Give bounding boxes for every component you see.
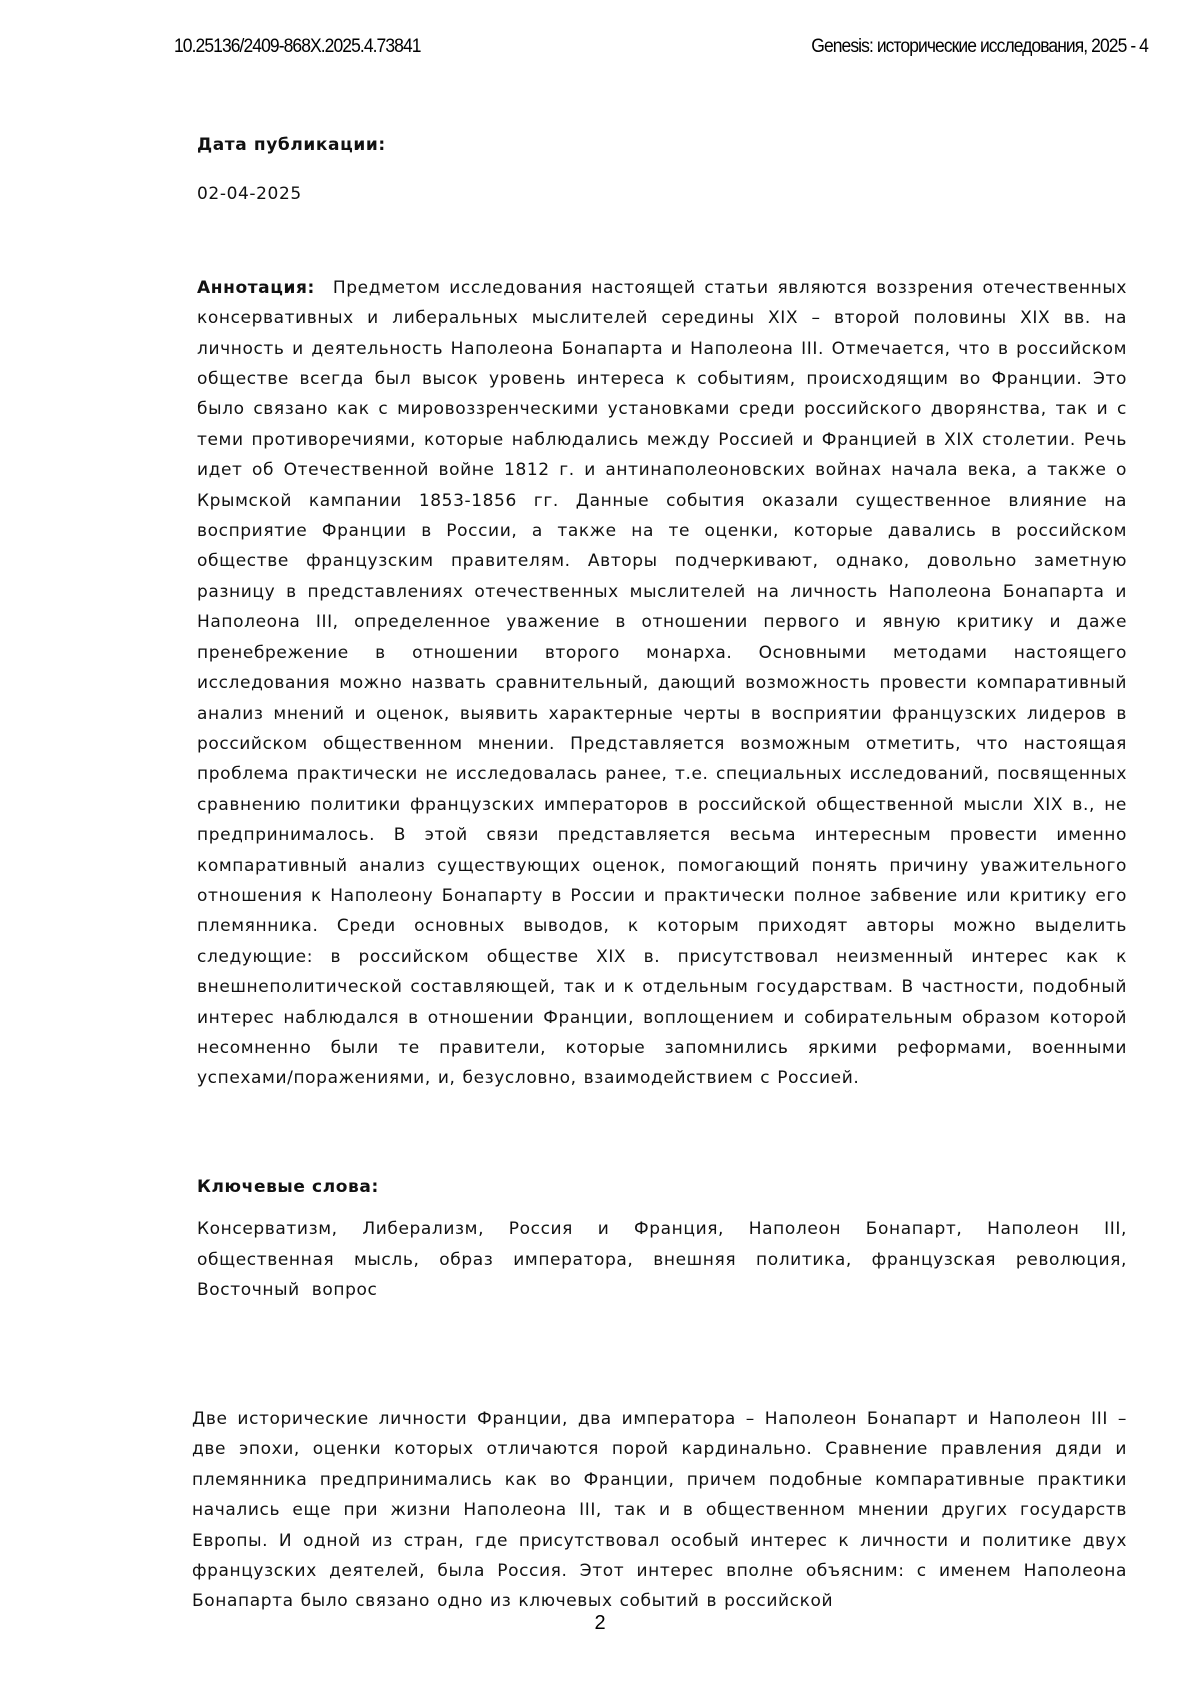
publication-date-label: Дата публикации:: [197, 130, 1127, 160]
running-header: 10.25136/2409-868X.2025.4.73841 Genesis:…: [0, 36, 1200, 60]
doi-text: 10.25136/2409-868X.2025.4.73841: [174, 36, 421, 58]
article-front-matter: Дата публикации: 02-04-2025 Аннотация:Пр…: [197, 130, 1127, 1305]
keywords-list: Консерватизм, Либерализм, Россия и Франц…: [197, 1214, 1127, 1305]
abstract-label: Аннотация:: [197, 278, 315, 298]
journal-title: Genesis: исторические исследования, 2025…: [811, 36, 1148, 58]
abstract-text: Предметом исследования настоящей статьи …: [197, 278, 1127, 1089]
body-paragraph: Две исторические личности Франции, два и…: [192, 1404, 1127, 1617]
page-number: 2: [0, 1612, 1200, 1635]
abstract: Аннотация:Предметом исследования настоящ…: [197, 273, 1127, 1094]
keywords-label: Ключевые слова:: [197, 1172, 1127, 1202]
publication-date: 02-04-2025: [197, 179, 1127, 209]
